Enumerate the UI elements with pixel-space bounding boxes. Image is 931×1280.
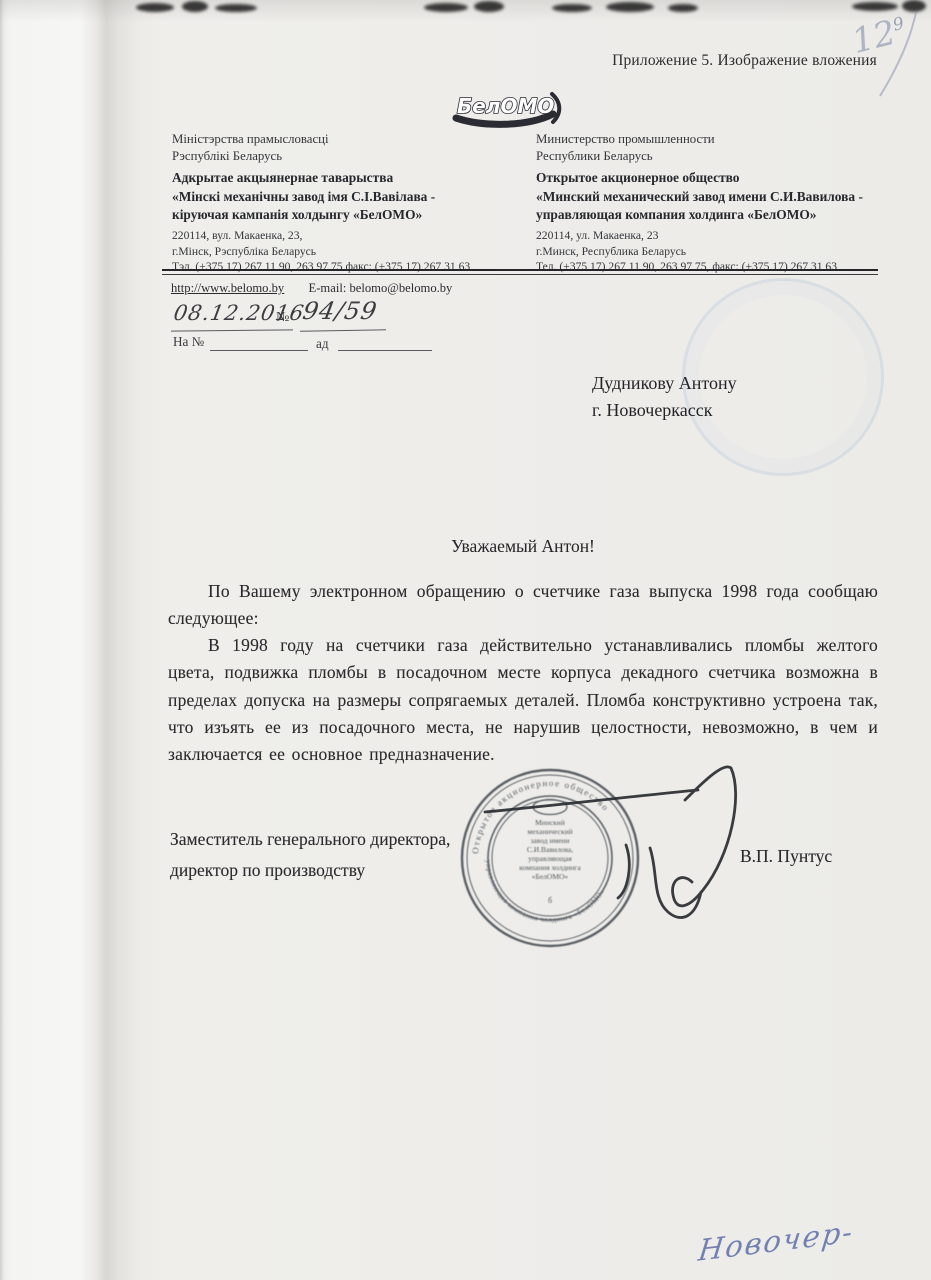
- letterhead-line: 220114, вул. Макаенка, 23,: [172, 230, 532, 242]
- logo-text: БелОМО: [457, 94, 554, 118]
- email-text: E-mail: belomo@belomo.by: [309, 281, 453, 295]
- scanned-letter-page: 129 Приложение 5. Изображение вложения Б…: [0, 0, 931, 1280]
- signature-stroke: [430, 740, 760, 960]
- website-url: http://www.belomo.by: [171, 281, 284, 295]
- ad-label: ад: [316, 336, 329, 352]
- addressee-block: Дудникову Антону г. Новочеркасск: [592, 370, 737, 424]
- salutation: Уважаемый Антон!: [168, 536, 878, 557]
- letterhead-line: Открытое акционерное общество: [536, 171, 886, 184]
- na-no-label: На №: [173, 334, 204, 350]
- signer-position: Заместитель генерального директора, дире…: [170, 824, 450, 886]
- letterhead-line: г.Мінск, Рэспубліка Беларусь: [172, 246, 532, 258]
- letterhead-line: Республики Беларусь: [536, 150, 886, 163]
- handwritten-outgoing-number: 94/59: [301, 297, 380, 325]
- addressee-city: г. Новочеркасск: [592, 397, 737, 424]
- handwritten-bottom-note: Новочер-: [696, 1214, 856, 1268]
- letterhead-line: Міністэрства прамысловасці: [172, 133, 532, 146]
- letterhead-line: г.Минск, Республика Беларусь: [536, 246, 886, 258]
- letterhead-line: «Мінскі механічны завод імя С.І.Вавілава…: [172, 190, 532, 203]
- signer-position-line1: Заместитель генерального директора,: [170, 824, 450, 855]
- date-underline: [171, 329, 293, 331]
- letterhead-line: Адкрытае акцыянернае таварыства: [172, 171, 532, 184]
- letterhead-right: Министерство промышленности Республики Б…: [536, 133, 886, 276]
- number-underline: [300, 329, 386, 332]
- na-no-underline: [210, 350, 308, 351]
- company-logo: БелОМО: [449, 88, 565, 137]
- letterhead-line: 220114, ул. Макаенка, 23: [536, 230, 886, 242]
- letterhead-line: «Минский механический завод имени С.И.Ва…: [536, 190, 886, 203]
- signer-position-line2: директор по производству: [170, 855, 450, 886]
- addressee-name: Дудникову Антону: [592, 370, 737, 397]
- letterhead-line: Министерство промышленности: [536, 133, 886, 146]
- letterhead-line: управляющая компания холдинга «БелОМО»: [536, 208, 886, 221]
- body-paragraph-1: По Вашему электронном обращению о счетчи…: [168, 578, 878, 633]
- letterhead-divider: [162, 269, 878, 275]
- letterhead-line: Рэспублікі Беларусь: [172, 150, 532, 163]
- appendix-label: Приложение 5. Изображение вложения: [612, 52, 877, 70]
- letterhead-line: кіруючая кампанія холдынгу «БелОМО»: [172, 208, 532, 221]
- contacts-line: http://www.belomo.by E-mail: belomo@belo…: [171, 281, 452, 296]
- ad-underline: [338, 350, 432, 351]
- letterhead-left: Міністэрства прамысловасці Рэспублікі Бе…: [172, 133, 532, 276]
- number-sign: №: [276, 310, 289, 326]
